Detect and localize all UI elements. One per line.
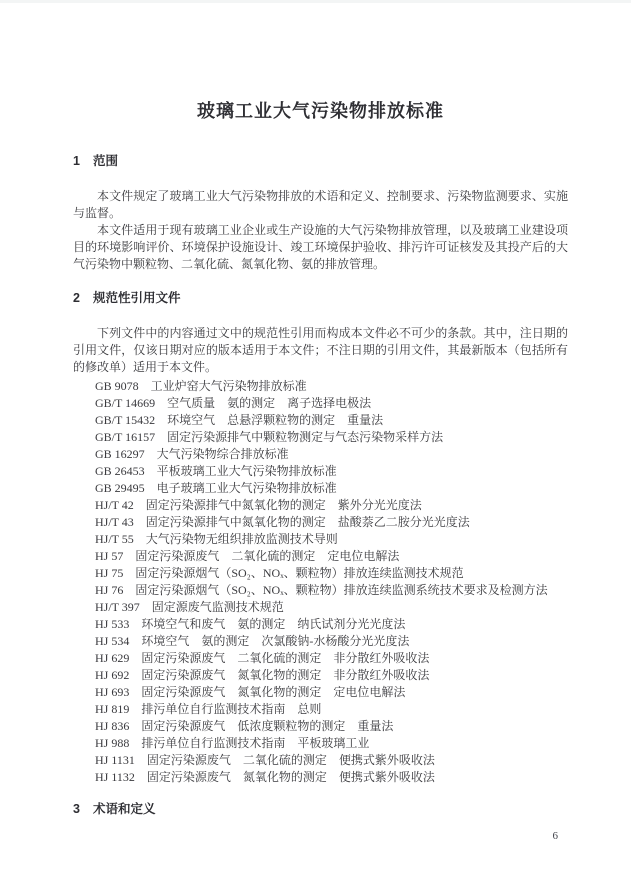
reference-item: HJ 533 环境空气和废气 氨的测定 纳氏试剂分光光度法: [73, 616, 568, 633]
reference-item: GB/T 14669 空气质量 氨的测定 离子选择电极法: [73, 395, 568, 412]
section-1-heading: 1范围: [73, 154, 568, 169]
reference-item: HJ 76 固定污染源烟气（SO₂、NOₓ、颗粒物）排放连续监测系统技术要求及检…: [73, 582, 568, 599]
reference-item: HJ/T 43 固定污染源排气中氮氧化物的测定 盐酸萘乙二胺分光光度法: [73, 514, 568, 531]
document-title: 玻璃工业大气污染物排放标准: [73, 100, 568, 122]
reference-item: HJ 693 固定污染源废气 氮氧化物的测定 定电位电解法: [73, 684, 568, 701]
reference-item: GB 9078 工业炉窑大气污染物排放标准: [73, 378, 568, 395]
reference-item: HJ 1131 固定污染源废气 二氧化硫的测定 便携式紫外吸收法: [73, 752, 568, 769]
page-top-edge: [0, 0, 631, 3]
reference-item: HJ 1132 固定污染源废气 氮氧化物的测定 便携式紫外吸收法: [73, 769, 568, 786]
document-content: 玻璃工业大气污染物排放标准 1范围 本文件规定了玻璃工业大气污染物排放的术语和定…: [0, 100, 631, 844]
section-1-number: 1: [73, 154, 80, 168]
reference-item: HJ 57 固定污染源废气 二氧化硫的测定 定电位电解法: [73, 548, 568, 565]
section-2-number: 2: [73, 291, 80, 305]
section-2-intro-paragraph: 下列文件中的内容通过文中的规范性引用而构成本文件必不可少的条款。其中，注日期的引…: [73, 325, 568, 376]
reference-item: HJ 75 固定污染源烟气（SO₂、NOₓ、颗粒物）排放连续监测技术规范: [73, 565, 568, 582]
section-1-paragraph-1: 本文件规定了玻璃工业大气污染物排放的术语和定义、控制要求、污染物监测要求、实施与…: [73, 188, 568, 222]
section-3-heading: 3术语和定义: [73, 802, 568, 817]
reference-item: GB 16297 大气污染物综合排放标准: [73, 446, 568, 463]
reference-item: HJ/T 42 固定污染源排气中氮氧化物的测定 紫外分光光度法: [73, 497, 568, 514]
reference-item: HJ 819 排污单位自行监测技术指南 总则: [73, 701, 568, 718]
section-2-heading: 2规范性引用文件: [73, 291, 568, 306]
section-3-number: 3: [73, 802, 80, 816]
section-2-label: 规范性引用文件: [93, 291, 181, 305]
reference-item: HJ/T 55 大气污染物无组织排放监测技术导则: [73, 531, 568, 548]
reference-item: HJ/T 397 固定源废气监测技术规范: [73, 599, 568, 616]
reference-item: GB 29495 电子玻璃工业大气污染物排放标准: [73, 480, 568, 497]
normative-references-list: GB 9078 工业炉窑大气污染物排放标准 GB/T 14669 空气质量 氨的…: [73, 378, 568, 786]
reference-item: GB 26453 平板玻璃工业大气污染物排放标准: [73, 463, 568, 480]
section-1-paragraph-2: 本文件适用于现有玻璃工业企业或生产设施的大气污染物排放管理，以及玻璃工业建设项目…: [73, 222, 568, 273]
reference-item: HJ 836 固定污染源废气 低浓度颗粒物的测定 重量法: [73, 718, 568, 735]
reference-item: GB/T 16157 固定污染源排气中颗粒物测定与气态污染物采样方法: [73, 429, 568, 446]
section-3-label: 术语和定义: [93, 802, 156, 816]
reference-item: HJ 629 固定污染源废气 二氧化硫的测定 非分散红外吸收法: [73, 650, 568, 667]
reference-item: HJ 988 排污单位自行监测技术指南 平板玻璃工业: [73, 735, 568, 752]
reference-item: GB/T 15432 环境空气 总悬浮颗粒物的测定 重量法: [73, 412, 568, 429]
reference-item: HJ 534 环境空气 氨的测定 次氯酸钠-水杨酸分光光度法: [73, 633, 568, 650]
reference-item: HJ 692 固定污染源废气 氮氧化物的测定 非分散红外吸收法: [73, 667, 568, 684]
page-number: 6: [73, 829, 568, 844]
section-1-label: 范围: [93, 154, 118, 168]
document-page: { "document": { "title": "玻璃工业大气污染物排放标准"…: [0, 0, 631, 889]
